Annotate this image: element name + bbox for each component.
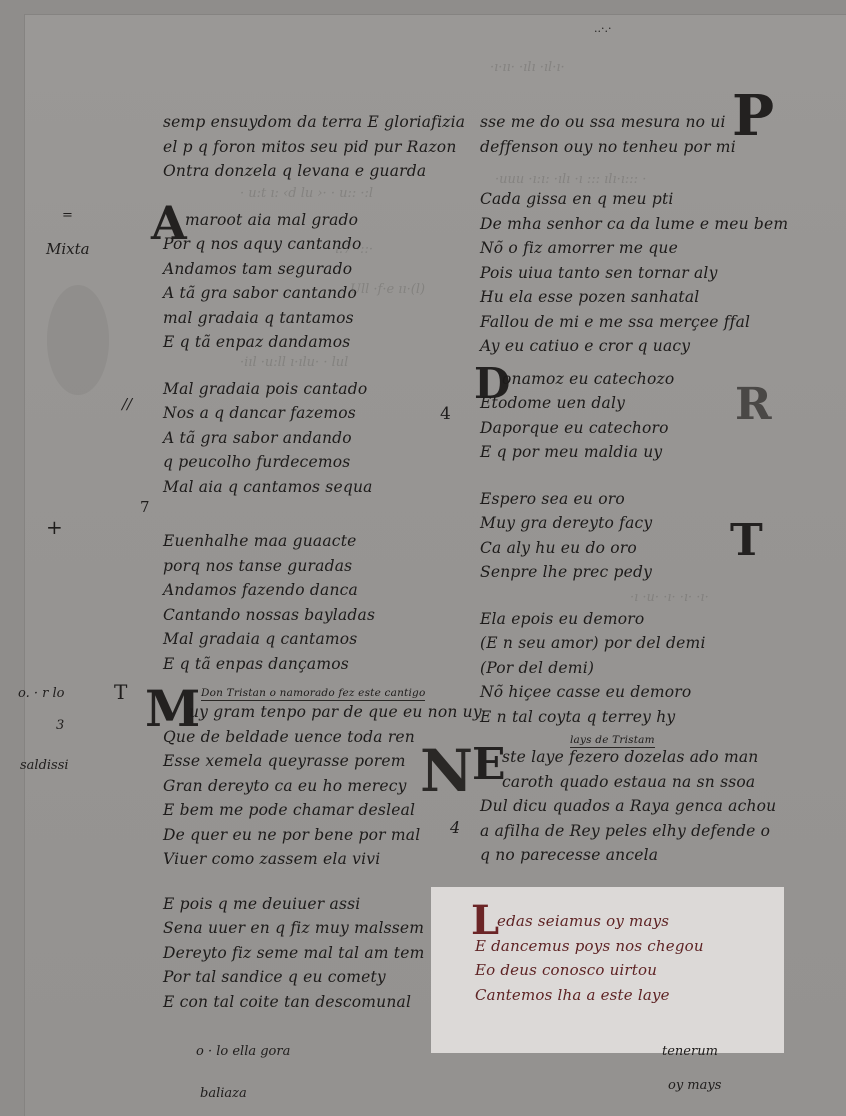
text-line: De quer eu ne por bene por mal <box>163 823 448 848</box>
text-line: Nõ hiçee casse eu demoro <box>480 680 790 705</box>
text-line: Espero sea eu oro <box>480 487 790 512</box>
text-line: A tã gra sabor cantando <box>163 281 448 306</box>
text-line: (E n seu amor) por del demi <box>480 631 790 656</box>
text-line: mal gradaia q tantamos <box>163 306 448 331</box>
inset-stanza: L edas seiamus oy mays E dancemus poys n… <box>475 909 775 1007</box>
text-line: Ay eu catiuo e cror q uacy <box>480 334 790 359</box>
text-line: Fallou de mi e me ssa merçee ffal <box>480 310 790 335</box>
text-line: Andamos fazendo danca <box>163 578 448 603</box>
text-line: Cada gissa en q meu pti <box>480 187 790 212</box>
text-line: Cantemos lha a este laye <box>475 983 775 1008</box>
text-line: Ontra donzela q levana e guarda <box>163 159 448 184</box>
text-line: Euenhalhe maa guaacte <box>163 529 448 554</box>
text-line: E pois q me deuiuer assi <box>163 892 448 917</box>
stanza: lays de Tristam E ste laye fezero dozela… <box>480 729 790 868</box>
text-line: Nos a q dancar fazemos <box>163 401 448 426</box>
text-line: E con tal coite tan descomunal <box>163 990 448 1015</box>
bleed-through: ·ı·ıı· ·ılı ·ıl·ı· <box>490 60 565 75</box>
right-column: P sse me do ou ssa mesura no ui deffenso… <box>480 110 790 868</box>
text-line: el p q foron mitos seu pid pur Razon <box>163 135 448 160</box>
text-line: E n tal coyta q terrey hy <box>480 705 790 730</box>
text-line: ste laye fezero dozelas ado man <box>480 745 790 770</box>
decorated-initial-faded: T <box>730 519 763 563</box>
text-line: Cantando nossas bayladas <box>163 603 448 628</box>
text-line: caroth quado estaua na sn ssoa <box>480 770 790 795</box>
margin-number: 4 <box>450 818 460 837</box>
text-line: E q tã enpas dançamos <box>163 652 448 677</box>
margin-bracket-mark: T <box>114 680 127 704</box>
text-line: (Por del demi) <box>480 656 790 681</box>
text-line: E q tã enpaz dandamos <box>163 330 448 355</box>
text-line: Pois uiua tanto sen tornar aly <box>480 261 790 286</box>
margin-note: 3 <box>56 718 64 733</box>
text-line: q peucolho furdecemos <box>163 450 448 475</box>
decorated-initial-faded: R <box>735 383 772 427</box>
margin-number: 4 <box>440 404 451 424</box>
text-line: Mal gradaia pois cantado <box>163 377 448 402</box>
text-line: edas seiamus oy mays <box>475 909 775 934</box>
text-line: Por tal sandice q eu comety <box>163 965 448 990</box>
stanza: Cada gissa en q meu pti De mha senhor ca… <box>480 187 790 359</box>
text-line: A tã gra sabor andando <box>163 426 448 451</box>
stanza: E pois q me deuiuer assi Sena uuer en q … <box>163 892 448 1015</box>
text-line: Andamos tam segurado <box>163 257 448 282</box>
text-line: porq nos tanse guradas <box>163 554 448 579</box>
text-line: Por q nos aquy cantando <box>163 232 448 257</box>
text-line: Viuer como zassem ela vivi <box>163 847 448 872</box>
margin-note: saldissi <box>20 758 69 773</box>
text-line: E q por meu maldia uy <box>480 440 790 465</box>
bottom-note: baliaza <box>200 1086 247 1101</box>
stanza: Espero sea eu oro Muy gra dereyto facy C… <box>480 487 790 585</box>
margin-mark: // <box>122 395 132 413</box>
stanza: D onamoz eu catechozo Etodome uen daly D… <box>480 367 790 465</box>
margin-note: o. · r lo <box>18 686 64 701</box>
margin-mark: = <box>62 208 73 223</box>
decorated-initial-interstitial: N <box>420 742 473 800</box>
water-stain <box>47 285 109 395</box>
text-line: Que de beldade uence toda ren <box>163 725 448 750</box>
stanza: Don Tristan o namorado fez este cantigo … <box>163 682 448 872</box>
margin-cross: + <box>46 515 63 539</box>
text-line: Eo deus conosco uirtou <box>475 958 775 983</box>
text-line: a afilha de Rey peles elhy defende o <box>480 819 790 844</box>
color-restored-inset: L edas seiamus oy mays E dancemus poys n… <box>431 887 784 1053</box>
text-line: deffenson ouy no tenheu por mi <box>480 135 790 160</box>
text-line: maroot aia mal grado <box>163 208 448 233</box>
margin-number: 7 <box>140 498 150 516</box>
folio-mark: ..·.· <box>594 22 611 35</box>
text-line: Ela epois eu demoro <box>480 607 790 632</box>
text-line: Sena uuer en q fiz muy malssem <box>163 916 448 941</box>
text-line: Mal aia q cantamos sequa <box>163 475 448 500</box>
text-line: Gran dereyto ca eu ho merecy <box>163 774 448 799</box>
stanza: Ela epois eu demoro (E n seu amor) por d… <box>480 607 790 730</box>
bottom-note: o · lo ella gora <box>196 1044 290 1059</box>
left-column: semp ensuydom da terra E gloriafizia el … <box>163 110 448 1014</box>
rubric-caption: Don Tristan o namorado fez este cantigo <box>201 686 425 701</box>
text-line: sse me do ou ssa mesura no ui <box>480 110 790 135</box>
text-line: Esse xemela queyrasse porem <box>163 749 448 774</box>
bottom-note: oy mays <box>668 1078 721 1093</box>
text-line: De mha senhor ca da lume e meu bem <box>480 212 790 237</box>
margin-note-mixta: Mixta <box>46 240 90 258</box>
stanza: A maroot aia mal grado Por q nos aquy ca… <box>163 208 448 355</box>
bottom-note: tenerum <box>662 1044 718 1059</box>
stanza: Euenhalhe maa guaacte porq nos tanse gur… <box>163 529 448 676</box>
text-line: Dul dicu quados a Raya genca achou <box>480 794 790 819</box>
stanza: Mal gradaia pois cantado Nos a q dancar … <box>163 377 448 500</box>
text-line: Hu ela esse pozen sanhatal <box>480 285 790 310</box>
text-line: semp ensuydom da terra E gloriafizia <box>163 110 448 135</box>
text-line: Mal gradaia q cantamos <box>163 627 448 652</box>
text-line: E dancemus poys nos chegou <box>475 934 775 959</box>
text-line: Nõ o fiz amorrer me que <box>480 236 790 261</box>
text-line: Dereyto fiz seme mal tal am tem <box>163 941 448 966</box>
text-line: q no parecesse ancela <box>480 843 790 868</box>
text-line: E bem me pode chamar desleal <box>163 798 448 823</box>
text-line: uy gram tenpo par de que eu non uy <box>163 700 448 725</box>
